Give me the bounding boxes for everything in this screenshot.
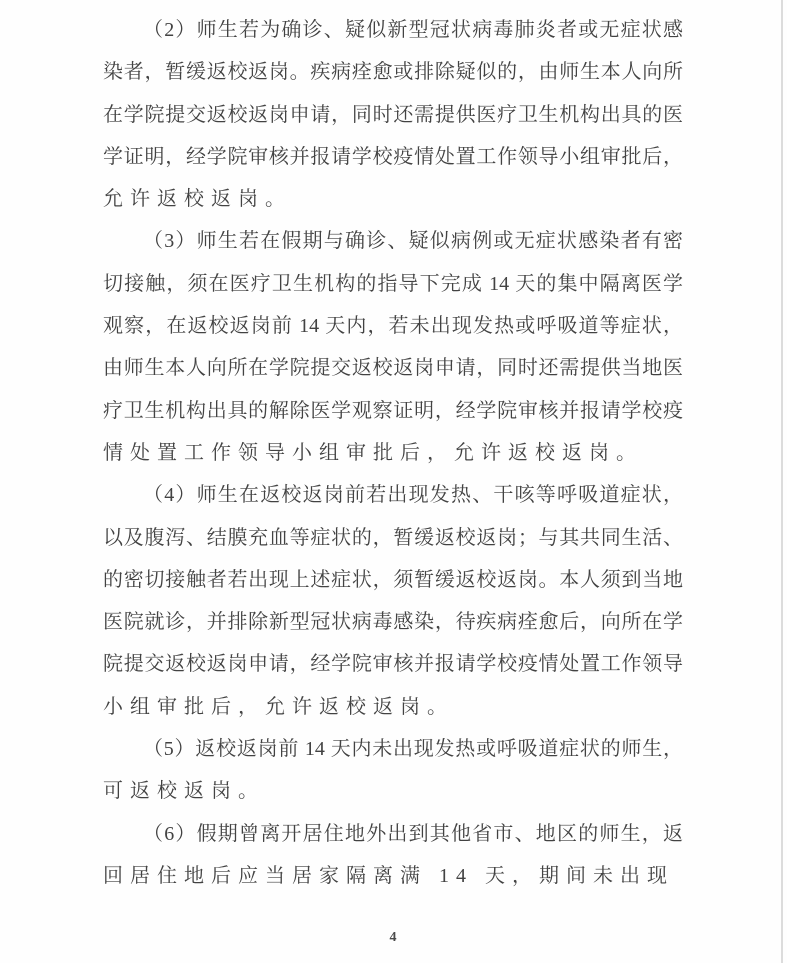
- text-line: 医院就诊，并排除新型冠状病毒感染，待疾病痊愈后，向所在学: [103, 601, 683, 643]
- text-line: 由师生本人向所在学院提交返校返岗申请，同时还需提供当地医: [103, 347, 683, 389]
- text-line: 院提交返校返岗申请，经学院审核并报请学校疫情处置工作领导: [103, 643, 683, 685]
- text-line: （3）师生若在假期与确诊、疑似病例或无症状感染者有密: [103, 220, 683, 262]
- text-line: 可返校返岗。: [103, 770, 683, 812]
- text-line: 以及腹泻、结膜充血等症状的，暂缓返校返岗；与其共同生活、: [103, 517, 683, 559]
- paragraph: （6）假期曾离开居住地外出到其他省市、地区的师生，返回居住地后应当居家隔离满 1…: [103, 813, 683, 898]
- page-number: 4: [103, 930, 683, 946]
- document-body: （2）师生若为确诊、疑似新型冠状病毒肺炎者或无症状感染者，暂缓返校返岗。疾病痊愈…: [103, 9, 683, 897]
- text-line: 小组审批后，允许返校返岗。: [103, 686, 683, 728]
- paragraph: （2）师生若为确诊、疑似新型冠状病毒肺炎者或无症状感染者，暂缓返校返岗。疾病痊愈…: [103, 9, 683, 220]
- text-line: 允许返校返岗。: [103, 178, 683, 220]
- text-line: 的密切接触者若出现上述症状，须暂缓返校返岗。本人须到当地: [103, 559, 683, 601]
- text-line: （5）返校返岗前 14 天内未出现发热或呼吸道症状的师生，: [103, 728, 683, 770]
- text-line: 回居住地后应当居家隔离满 14 天，期间未出现发热和呼吸道症: [103, 855, 683, 897]
- text-line: （6）假期曾离开居住地外出到其他省市、地区的师生，返: [103, 813, 683, 855]
- text-line: 观察，在返校返岗前 14 天内，若未出现发热或呼吸道等症状，: [103, 305, 683, 347]
- text-line: （2）师生若为确诊、疑似新型冠状病毒肺炎者或无症状感: [103, 9, 683, 51]
- scan-edge-artifact: [781, 0, 783, 963]
- text-line: 学证明，经学院审核并报请学校疫情处置工作领导小组审批后，: [103, 136, 683, 178]
- paragraph: （3）师生若在假期与确诊、疑似病例或无症状感染者有密切接触，须在医疗卫生机构的指…: [103, 220, 683, 474]
- text-line: 染者，暂缓返校返岗。疾病痊愈或排除疑似的，由师生本人向所: [103, 51, 683, 93]
- paragraph: （4）师生在返校返岗前若出现发热、干咳等呼吸道症状，以及腹泻、结膜充血等症状的，…: [103, 474, 683, 728]
- text-line: 切接触，须在医疗卫生机构的指导下完成 14 天的集中隔离医学: [103, 263, 683, 305]
- paragraph: （5）返校返岗前 14 天内未出现发热或呼吸道症状的师生，可返校返岗。: [103, 728, 683, 813]
- text-line: （4）师生在返校返岗前若出现发热、干咳等呼吸道症状，: [103, 474, 683, 516]
- text-line: 在学院提交返校返岗申请，同时还需提供医疗卫生机构出具的医: [103, 94, 683, 136]
- text-line: 情处置工作领导小组审批后，允许返校返岗。: [103, 432, 683, 474]
- text-line: 疗卫生机构出具的解除医学观察证明，经学院审核并报请学校疫: [103, 390, 683, 432]
